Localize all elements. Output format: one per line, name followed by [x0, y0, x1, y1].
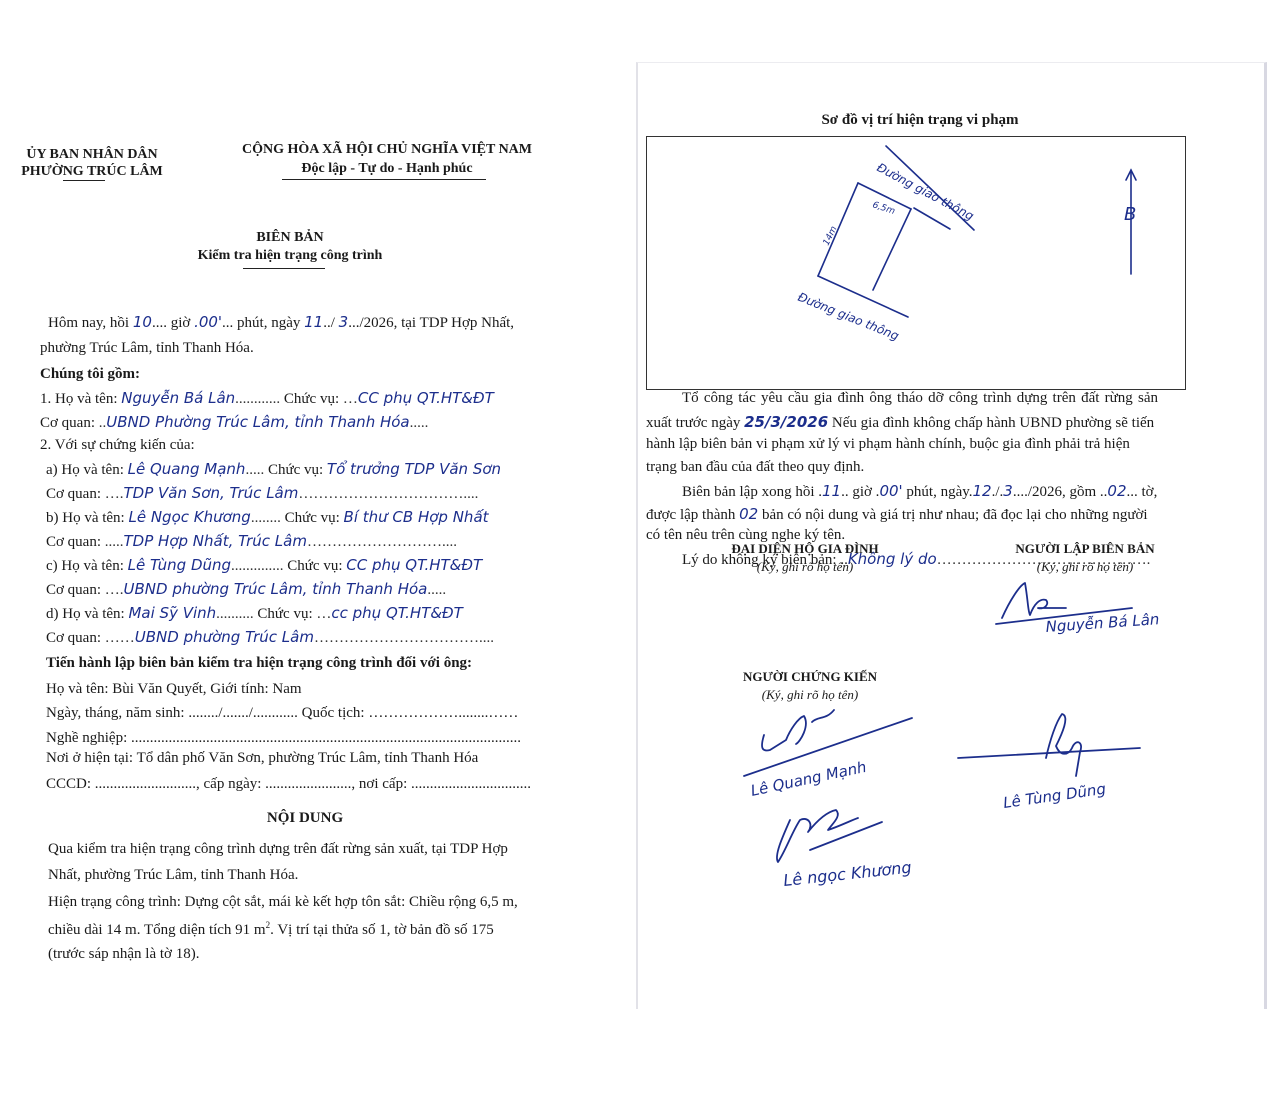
- witness-signature-2-icon: [1046, 714, 1081, 776]
- witness-signature-3-line: [810, 822, 882, 850]
- author-signature-icon: [1002, 583, 1066, 618]
- witness-signature-2-name: Lê Tùng Dũng: [1002, 780, 1107, 812]
- witness-signature-3-name: Lê ngọc Khương: [782, 858, 912, 890]
- witness-signature-1-icon: [762, 710, 834, 750]
- witness-signature-1-name: Lê Quang Mạnh: [749, 758, 868, 800]
- witness-signature-2-line: [958, 748, 1140, 758]
- signatures: Nguyễn Bá Lân Lê Quang Mạnh Lê Tùng Dũng…: [0, 0, 1280, 1114]
- author-signature-name: Nguyễn Bá Lân: [1045, 610, 1160, 636]
